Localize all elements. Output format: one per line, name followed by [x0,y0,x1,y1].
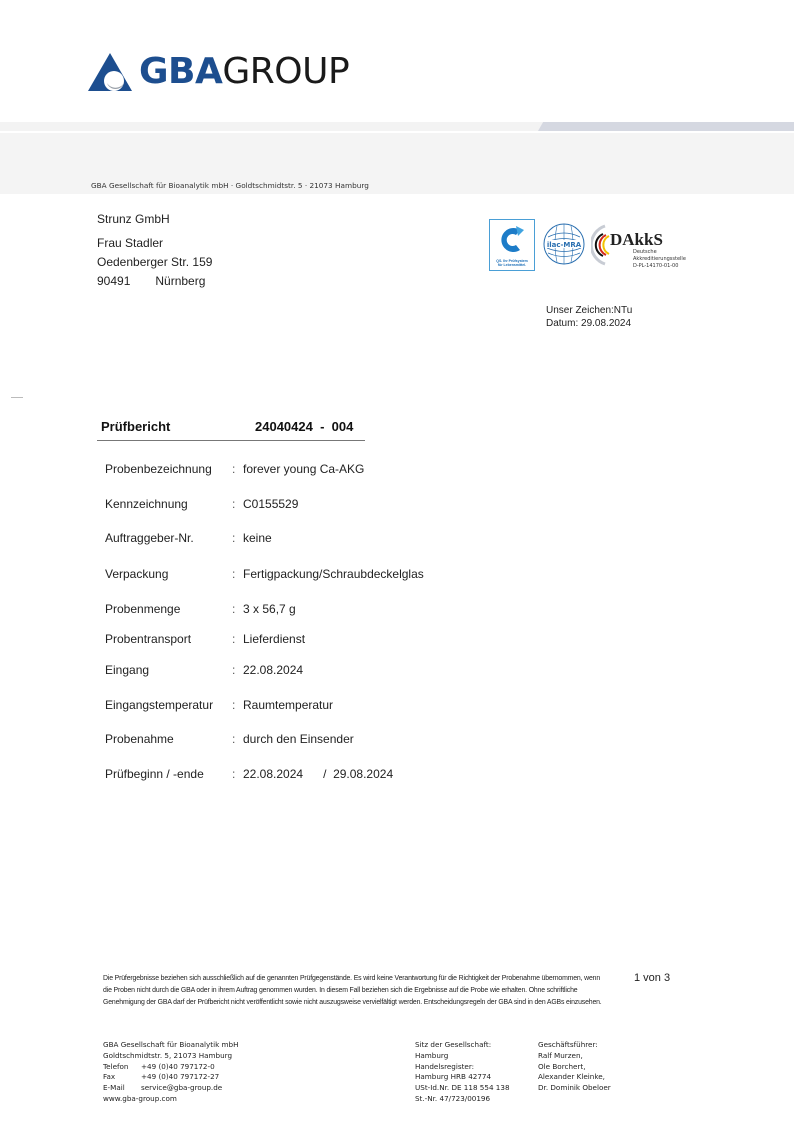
field-separator: : [232,462,235,476]
field-label: Prüfbeginn / -ende [105,767,204,781]
footer-registry-line: Handelsregister: [415,1062,510,1073]
dakks-logo: DAkkS DeutscheAkkreditierungsstelleD-PL-… [591,222,701,272]
dakks-title: DAkkS [610,230,663,250]
field-separator: : [232,698,235,712]
recipient-contact: Frau Stadler [97,236,163,250]
field-value: forever young Ca-AKG [243,462,364,476]
field-value: 22.08.2024 / 29.08.2024 [243,767,393,781]
header-band-accent [538,122,794,131]
fold-mark [11,397,23,398]
field-label: Verpackung [105,567,168,581]
footer-management: Geschäftsführer:Ralf Murzen,Ole Borchert… [538,1040,611,1094]
document-date: Datum: 29.08.2024 [546,318,631,329]
field-separator: : [232,632,235,646]
footer-company-info: GBA Gesellschaft für Bioanalytik mbHGold… [103,1040,239,1105]
footer-registry-line: St.-Nr. 47/723/00196 [415,1094,510,1105]
dakks-subtitle: DeutscheAkkreditierungsstelleD-PL-14170-… [633,249,686,270]
field-value: 3 x 56,7 g [243,602,296,616]
field-value: Fertigpackung/Schraubdeckelglas [243,567,424,581]
field-value: 22.08.2024 [243,663,303,677]
logo-group-text: GROUP [222,51,349,92]
field-separator: : [232,663,235,677]
field-value: Lieferdienst [243,632,305,646]
page-indicator: 1 von 3 [634,972,670,984]
footer-registry: Sitz der Gesellschaft:HamburgHandelsregi… [415,1040,510,1105]
recipient-company: Strunz GmbH [97,212,170,226]
field-separator: : [232,567,235,581]
gba-group-logo: GBAGROUP [87,52,349,92]
footer-fax: Fax+49 (0)40 797172-27 [103,1072,239,1083]
report-number: 24040424 - 004 [255,419,353,434]
logo-wordmark: GBAGROUP [139,54,349,90]
recipient-zip: 90491 [97,274,130,288]
field-label: Eingangstemperatur [105,698,213,712]
footer-registry-line: USt-Id.Nr. DE 118 554 138 [415,1083,510,1094]
our-reference: Unser Zeichen:NTu [546,305,632,316]
field-label: Eingang [105,663,149,677]
field-value: durch den Einsender [243,732,354,746]
qs-certification-logo: QS. Ihr Prüfsystemfür Lebensmittel. [489,219,535,271]
qs-arrow-icon [490,222,534,258]
field-value: keine [243,531,272,545]
field-separator: : [232,531,235,545]
recipient-street: Oedenberger Str. 159 [97,255,212,269]
footer-management-line: Ralf Murzen, [538,1051,611,1062]
field-separator: : [232,732,235,746]
field-label: Probenmenge [105,602,180,616]
footer-registry-line: Hamburg [415,1051,510,1062]
footer-email[interactable]: E-Mailservice@gba-group.de [103,1083,239,1094]
qs-caption: QS. Ihr Prüfsystemfür Lebensmittel. [491,260,533,268]
field-label: Probenahme [105,732,174,746]
footer-management-line: Alexander Kleinke, [538,1072,611,1083]
footer-management-line: Dr. Dominik Obeloer [538,1083,611,1094]
recipient-city-line: 90491Nürnberg [97,274,205,288]
field-label: Kennzeichnung [105,497,188,511]
field-separator: : [232,602,235,616]
field-label: Probenbezeichnung [105,462,212,476]
recipient-city: Nürnberg [155,274,205,288]
logo-gba-text: GBA [139,51,222,92]
report-title: Prüfbericht [101,419,170,434]
gba-triangle-icon [87,52,133,92]
footer-company-name: GBA Gesellschaft für Bioanalytik mbH [103,1040,239,1051]
footer-registry-line: Hamburg HRB 42774 [415,1072,510,1083]
footer-company-address: Goldtschmidtstr. 5, 21073 Hamburg [103,1051,239,1062]
ilac-mra-logo: ilac-MRA [543,223,585,265]
field-value: Raumtemperatur [243,698,333,712]
footer-registry-line: Sitz der Gesellschaft: [415,1040,510,1051]
footer-website-link[interactable]: www.gba-group.com [103,1094,239,1105]
footer-management-line: Ole Borchert, [538,1062,611,1073]
field-label: Probentransport [105,632,191,646]
field-separator: : [232,767,235,781]
field-label: Auftraggeber-Nr. [105,531,194,545]
field-separator: : [232,497,235,511]
report-title-underline [97,440,365,441]
field-value: C0155529 [243,497,298,511]
disclaimer: Die Prüfergebnisse beziehen sich ausschl… [103,973,603,1010]
svg-text:ilac-MRA: ilac-MRA [547,241,582,249]
footer-management-line: Geschäftsführer: [538,1040,611,1051]
footer-phone: Telefon+49 (0)40 797172-0 [103,1062,239,1073]
sender-address-line: GBA Gesellschaft für Bioanalytik mbH · G… [91,181,369,190]
